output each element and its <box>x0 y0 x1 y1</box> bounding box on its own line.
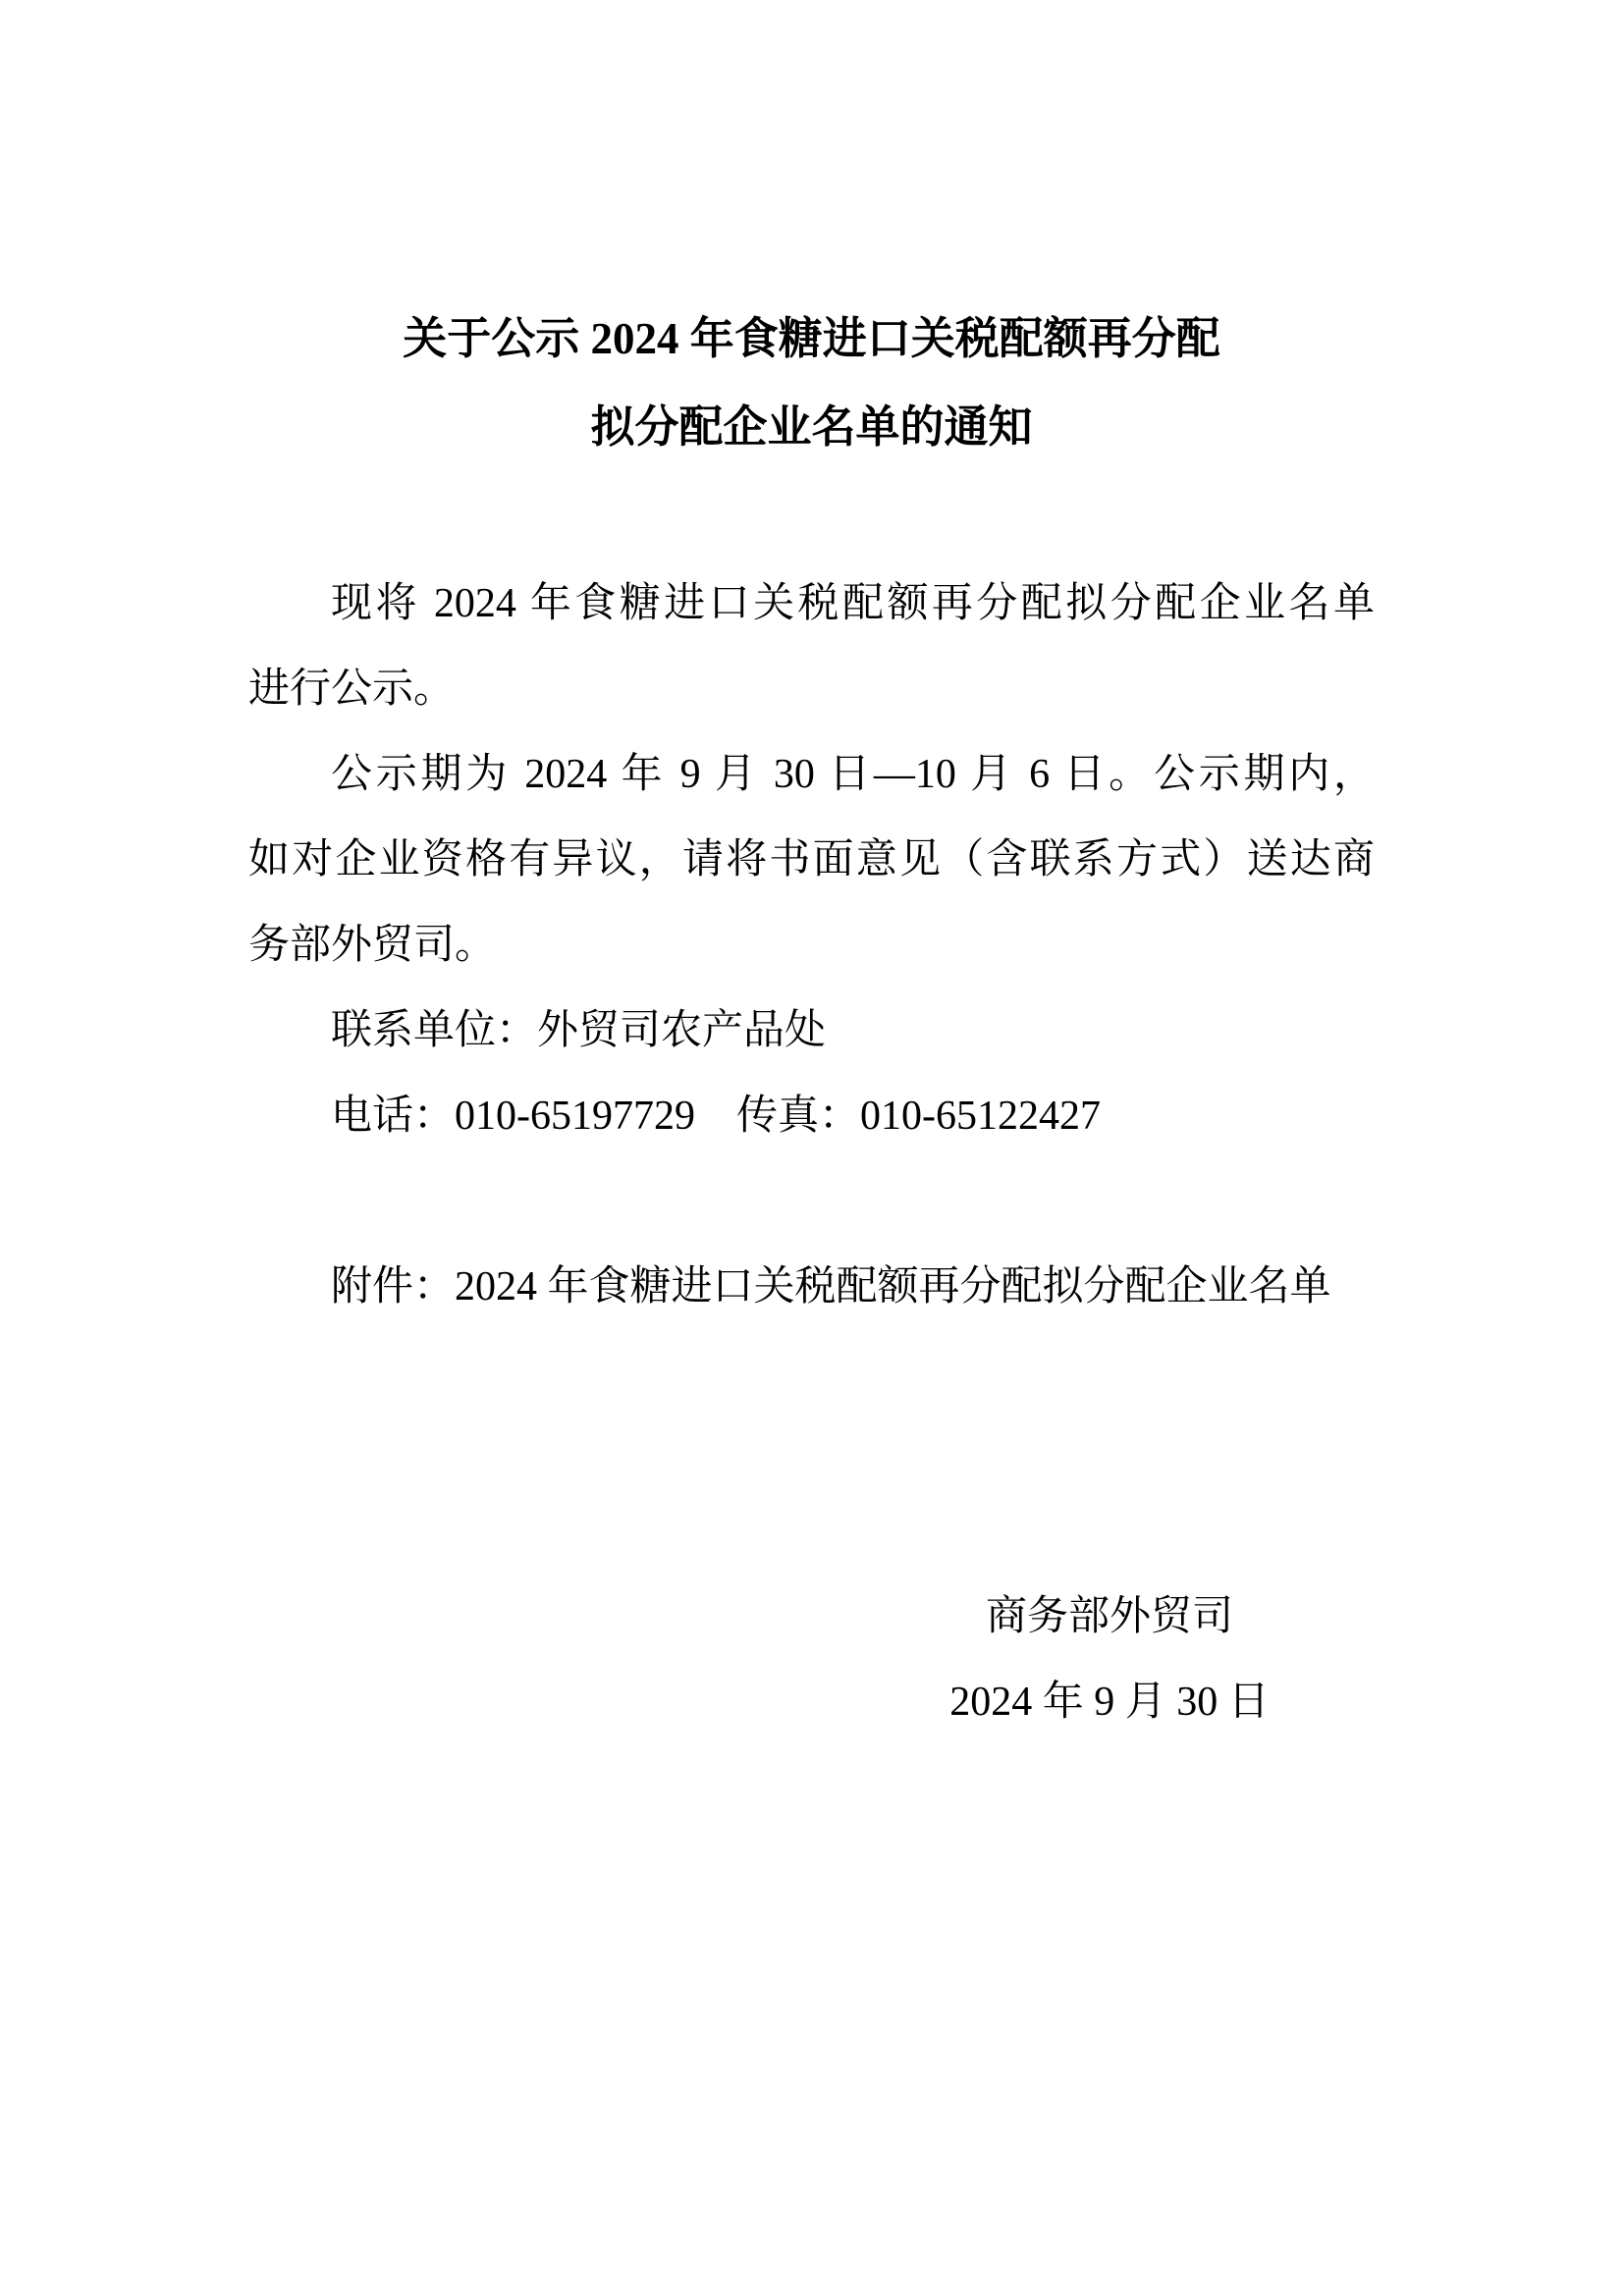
paragraph-line: 公示期为 2024 年 9 月 30 日—10 月 6 日。公示期内， <box>248 732 1375 818</box>
paragraph-line: 现将 2024 年食糖进口关税配额再分配拟分配企业名单 <box>248 561 1375 647</box>
paragraph-line: 进行公示。 <box>248 647 1375 732</box>
blank-line <box>248 1159 1375 1245</box>
signature-block: 商务部外贸司 2024 年 9 月 30 日 <box>913 1575 1306 1745</box>
paragraph-line: 如对企业资格有异议，请将书面意见（含联系方式）送达商 <box>248 818 1375 903</box>
signature: 商务部外贸司 <box>913 1575 1306 1660</box>
title-line-2: 拟分配企业名单的通知 <box>248 383 1375 471</box>
attachment-line: 附件：2024 年食糖进口关税配额再分配拟分配企业名单 <box>248 1245 1375 1330</box>
document-title: 关于公示 2024 年食糖进口关税配额再分配 拟分配企业名单的通知 <box>248 294 1375 471</box>
title-line-1: 关于公示 2024 年食糖进口关税配额再分配 <box>248 294 1375 383</box>
phone-fax-line: 电话：010-65197729 传真：010-65122427 <box>248 1074 1375 1159</box>
paragraph-line: 务部外贸司。 <box>248 903 1375 988</box>
contact-unit-line: 联系单位：外贸司农产品处 <box>248 988 1375 1074</box>
notice-document-page: 关于公示 2024 年食糖进口关税配额再分配 拟分配企业名单的通知 现将 202… <box>0 0 1624 2296</box>
date: 2024 年 9 月 30 日 <box>913 1660 1306 1745</box>
notice-body: 现将 2024 年食糖进口关税配额再分配拟分配企业名单 进行公示。 公示期为 2… <box>248 561 1375 1330</box>
